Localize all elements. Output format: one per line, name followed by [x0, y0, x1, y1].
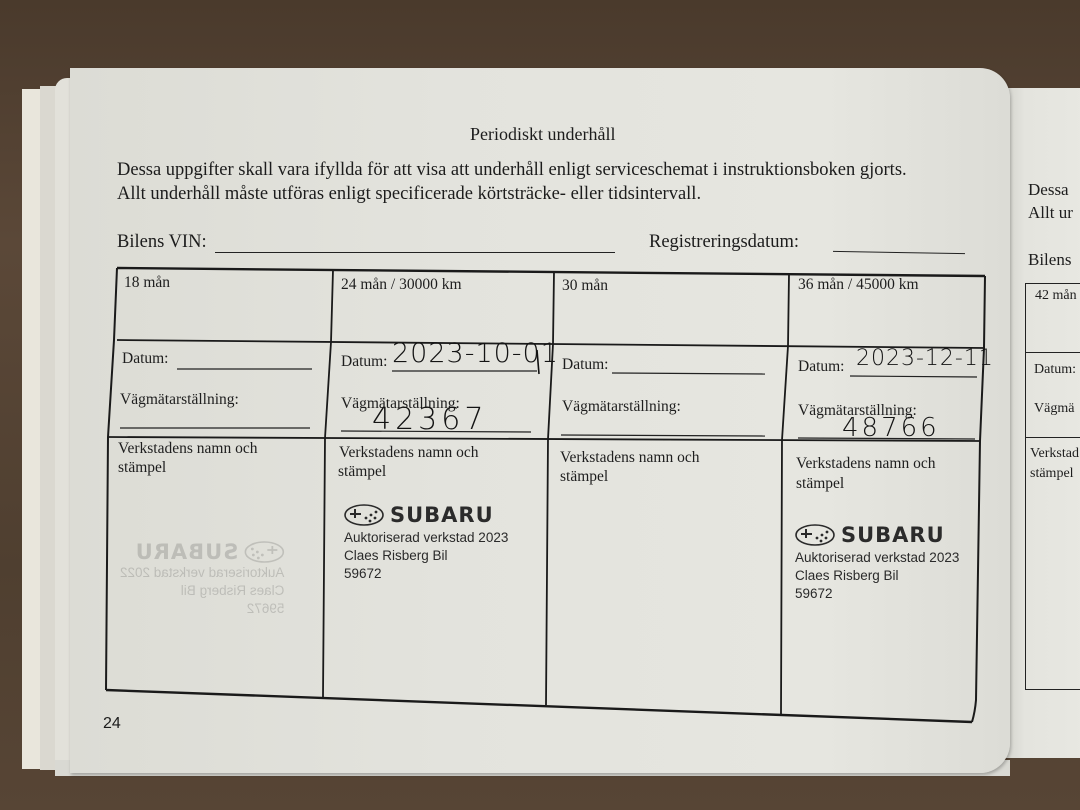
next-page-date-label: Datum: [1034, 362, 1076, 378]
vin-label: Bilens VIN: [117, 232, 207, 253]
date-label: Datum: [798, 358, 845, 376]
workshop-stamp: SUBARU Auktoriserad verkstad 2023 Claes … [344, 503, 508, 583]
interval-18-man: 18 mån [124, 274, 170, 292]
intro-line-2: Allt underhåll måste utföras enligt spec… [117, 184, 701, 205]
intro-line-1: Dessa uppgifter skall vara ifyllda för a… [117, 160, 907, 181]
workshop-label: Verkstadens namn och [118, 440, 257, 458]
next-page-workshop-label: Verkstad [1030, 446, 1079, 462]
handwritten-date: 2023-10-01 [392, 338, 559, 369]
date-label: Datum: [122, 350, 169, 368]
subaru-logo-icon [795, 524, 835, 546]
interval-24-man-30000-km: 24 mån / 30000 km [341, 276, 462, 294]
handwritten-odometer: 48766 [842, 413, 940, 443]
workshop-stamp: SUBARU Auktoriserad verkstad 2023 Claes … [795, 523, 959, 603]
page-title: Periodiskt underhåll [470, 124, 615, 145]
next-page-workshop-label: stämpel [1030, 466, 1074, 482]
workshop-label: Verkstadens namn och [560, 449, 699, 467]
next-page-text: Bilens [1028, 250, 1071, 270]
next-page-interval: 42 mån [1035, 288, 1077, 304]
next-page-text: Allt ur [1028, 203, 1073, 223]
subaru-logo-icon [244, 541, 284, 563]
next-page-table [1025, 283, 1080, 690]
page-number: 24 [103, 715, 121, 733]
show-through-stamp: SUBARU Auktoriserad verkstad 2022 Claes … [120, 540, 284, 618]
next-page-text: Dessa [1028, 180, 1069, 200]
workshop-label: stämpel [796, 475, 844, 493]
next-page-divider [1025, 352, 1080, 353]
odometer-label: Vägmätarställning: [120, 391, 239, 409]
workshop-label: Verkstadens namn och [339, 444, 478, 462]
handwritten-date: 2023-12-11 [856, 346, 994, 371]
workshop-label: stämpel [338, 463, 386, 481]
interval-30-man: 30 mån [562, 277, 608, 295]
date-label: Datum: [341, 353, 388, 371]
next-page-divider [1025, 437, 1080, 438]
vin-field[interactable] [215, 252, 615, 253]
interval-36-man-45000-km: 36 mån / 45000 km [798, 276, 919, 294]
subaru-logo-icon [344, 504, 384, 526]
date-label: Datum: [562, 356, 609, 374]
next-page-odometer-label: Vägmä [1034, 401, 1074, 417]
workshop-label: Verkstadens namn och [796, 455, 935, 473]
workshop-label: stämpel [118, 459, 166, 477]
handwritten-odometer: 42367 [372, 402, 487, 437]
odometer-label: Vägmätarställning: [562, 398, 681, 416]
registration-date-label: Registreringsdatum: [649, 232, 799, 253]
workshop-label: stämpel [560, 468, 608, 486]
